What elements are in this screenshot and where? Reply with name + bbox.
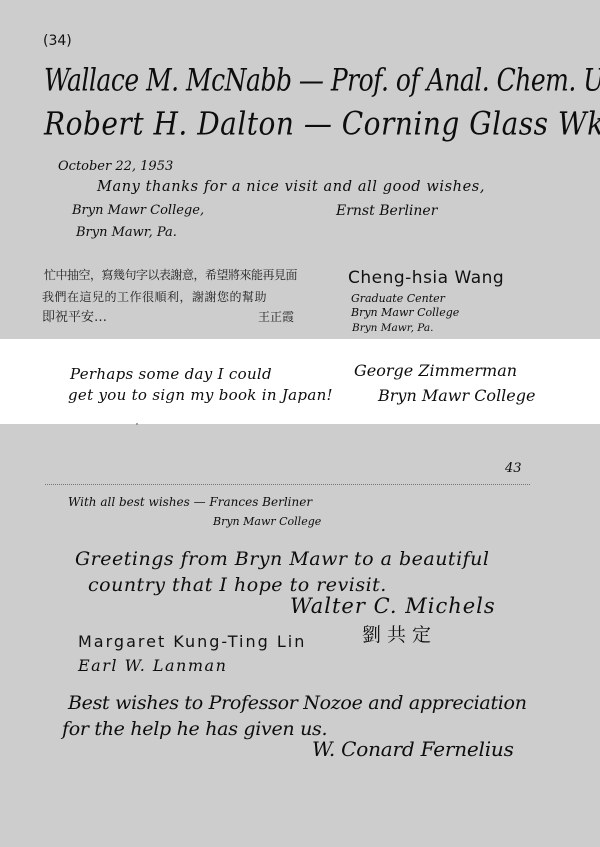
berliner-address-1: Bryn Mawr College, [72,204,204,217]
wang-affiliation-2: Bryn Mawr College [351,307,459,318]
zimmerman-line-1: Perhaps some day I could [70,367,272,382]
wang-script-line-1: 忙中抽空，寫幾句字以表謝意，希望將來能再見面 [44,269,297,281]
fernelius-line-1: Best wishes to Professor Nozoe and appre… [68,694,527,713]
wang-script-line-3: 即祝平安… [42,311,107,324]
wang-affiliation-3: Bryn Mawr, Pa. [352,323,434,334]
lanman-name: Earl W. Lanman [78,658,227,674]
michels-signature: Walter C. Michels [290,596,496,617]
wang-affiliation-1: Graduate Center [351,293,445,304]
dotted-rule [45,484,530,485]
zimmerman-line-2: get you to sign my book in Japan! [68,388,333,403]
berliner-signature: Ernst Berliner [336,204,437,218]
mcnabb-signature: Wallace M. McNabb — Prof. of Anal. Chem.… [44,64,600,95]
frances-berliner-affiliation: Bryn Mawr College [213,516,321,527]
wang-name: Cheng-hsia Wang [348,270,504,287]
page-number-bottom: 43 [505,462,522,475]
fernelius-signature: W. Conard Fernelius [312,739,514,759]
page-number-top: (34) [43,34,72,48]
speck [136,423,138,425]
zimmerman-affiliation: Bryn Mawr College [378,388,535,404]
lin-chinese-name: 劉共定 [362,626,437,645]
berliner-date: October 22, 1953 [58,160,173,173]
frances-berliner-note: With all best wishes — Frances Berliner [68,496,312,508]
fernelius-line-2: for the help he has given us. [62,720,327,739]
michels-line-1: Greetings from Bryn Mawr to a beautiful [75,550,490,569]
berliner-address-2: Bryn Mawr, Pa. [76,226,177,239]
berliner-message: Many thanks for a nice visit and all goo… [97,180,485,195]
wang-script-line-2: 我們在這兒的工作很順利，謝謝您的幫助 [42,291,267,303]
lin-name: Margaret Kung-Ting Lin [78,634,306,650]
dalton-signature: Robert H. Dalton — Corning Glass Wks. [44,108,600,140]
wang-script-signature: 王正霞 [258,311,294,323]
zimmerman-signature: George Zimmerman [354,363,517,379]
michels-line-2: country that I hope to revisit. [88,576,387,595]
